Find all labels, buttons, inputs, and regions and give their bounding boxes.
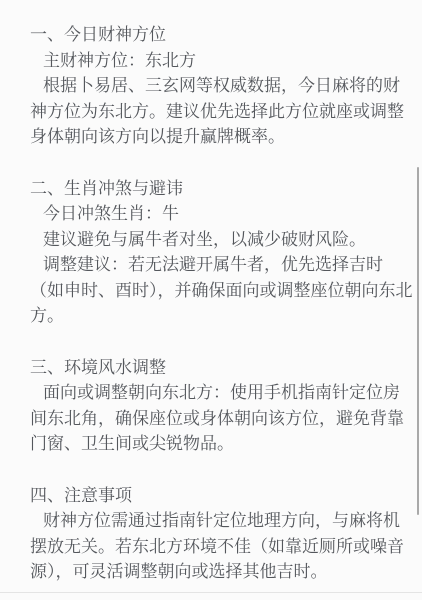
section-4: 四、注意事项财神方位需通过指南针定位地理方向，与麻将机摆放无关。若东北方环境不佳… [30, 483, 396, 585]
section-title: 三、环境风水调整 [30, 355, 396, 381]
text-line: 门窗、卫生间或尖锐物品。 [30, 431, 396, 457]
text-line: 身体朝向该方向以提升赢牌概率。 [30, 124, 396, 150]
section-title: 四、注意事项 [30, 483, 396, 509]
section-title: 二、生肖冲煞与避讳 [30, 176, 396, 202]
text-line: 面向或调整朝向东北方：使用手机指南针定位房 [30, 380, 396, 406]
text-line: （如申时、酉时），并确保面向或调整座位朝向东北 [30, 278, 396, 304]
section-title: 一、今日财神方位 [30, 22, 396, 48]
text-line: 财神方位需通过指南针定位地理方向，与麻将机 [30, 508, 396, 534]
text-line: 间东北角，确保座位或身体朝向该方位，避免背靠 [30, 406, 396, 432]
text-line: 方。 [30, 303, 396, 329]
bottom-divider [0, 592, 422, 593]
section-1: 一、今日财神方位主财神方位：东北方根据卜易居、三玄网等权威数据，今日麻将的财神方… [30, 22, 396, 150]
section-3: 三、环境风水调整面向或调整朝向东北方：使用手机指南针定位房间东北角，确保座位或身… [30, 355, 396, 457]
text-line: 根据卜易居、三玄网等权威数据，今日麻将的财 [30, 73, 396, 99]
scrollbar-thumb[interactable] [417, 167, 419, 515]
text-line: 建议避免与属牛者对坐，以减少破财风险。 [30, 227, 396, 253]
text-line: 今日冲煞生肖：牛 [30, 201, 396, 227]
text-line: 摆放无关。若东北方环境不佳（如靠近厕所或噪音 [30, 534, 396, 560]
document-page: 一、今日财神方位主财神方位：东北方根据卜易居、三玄网等权威数据，今日麻将的财神方… [0, 0, 422, 600]
text-line: 调整建议：若无法避开属牛者，优先选择吉时 [30, 252, 396, 278]
text-line: 神方位为东北方。建议优先选择此方位就座或调整 [30, 99, 396, 125]
section-2: 二、生肖冲煞与避讳今日冲煞生肖：牛建议避免与属牛者对坐，以减少破财风险。调整建议… [30, 176, 396, 329]
document-text: 一、今日财神方位主财神方位：东北方根据卜易居、三玄网等权威数据，今日麻将的财神方… [30, 22, 396, 585]
text-line: 源），可灵活调整朝向或选择其他吉时。 [30, 559, 396, 585]
text-line: 主财神方位：东北方 [30, 48, 396, 74]
